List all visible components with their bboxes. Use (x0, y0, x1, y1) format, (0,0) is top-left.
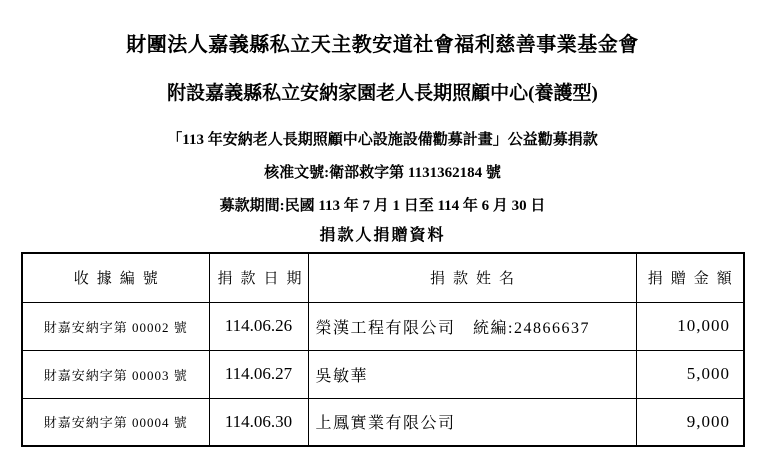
donation-date-cell: 114.06.26 (209, 302, 308, 350)
col-header-donation-date: 捐款日期 (209, 253, 308, 302)
receipt-no-cell: 財嘉安納字第 00004 號 (22, 398, 209, 446)
center-title: 附設嘉義縣私立安納家園老人長期照顧中心(養護型) (0, 83, 765, 105)
donation-amount-cell: 5,000 (636, 350, 744, 398)
receipt-no-cell: 財嘉安納字第 00003 號 (22, 350, 209, 398)
document-header: 財團法人嘉義縣私立天主教安道社會福利慈善事業基金會 附設嘉義縣私立安納家園老人長… (0, 0, 765, 246)
org-title: 財團法人嘉義縣私立天主教安道社會福利慈善事業基金會 (0, 0, 765, 57)
donation-amount-cell: 9,000 (636, 398, 744, 446)
header-row: 收據編號 捐款日期 捐款姓名 捐贈金額 (22, 253, 744, 302)
col-header-receipt-no: 收據編號 (22, 253, 209, 302)
document-page: 財團法人嘉義縣私立天主教安道社會福利慈善事業基金會 附設嘉義縣私立安納家園老人長… (0, 0, 765, 474)
col-header-donor-name: 捐款姓名 (308, 253, 636, 302)
donor-name-cell: 吳敏華 (308, 350, 636, 398)
campaign-title: 「113 年安納老人長期照顧中心設施設備勸募計畫」公益勸募捐款 (0, 130, 765, 150)
donor-name-cell: 上鳳實業有限公司 (308, 398, 636, 446)
donation-table-header: 收據編號 捐款日期 捐款姓名 捐贈金額 (22, 253, 744, 302)
donation-amount-cell: 10,000 (636, 302, 744, 350)
table-row: 財嘉安納字第 00003 號 114.06.27 吳敏華 5,000 (22, 350, 744, 398)
donation-date-cell: 114.06.30 (209, 398, 308, 446)
table-caption: 捐款人捐贈資料 (0, 226, 765, 246)
fundraising-period: 募款期間:民國 113 年 7 月 1 日至 114 年 6 月 30 日 (0, 196, 765, 216)
approval-number: 核准文號:衛部救字第 1131362184 號 (0, 163, 765, 183)
col-header-donation-amount: 捐贈金額 (636, 253, 744, 302)
receipt-no-cell: 財嘉安納字第 00002 號 (22, 302, 209, 350)
donor-name-cell: 榮漢工程有限公司 統編:24866637 (308, 302, 636, 350)
table-row: 財嘉安納字第 00004 號 114.06.30 上鳳實業有限公司 9,000 (22, 398, 744, 446)
donation-table-body: 財嘉安納字第 00002 號 114.06.26 榮漢工程有限公司 統編:248… (22, 302, 744, 446)
table-row: 財嘉安納字第 00002 號 114.06.26 榮漢工程有限公司 統編:248… (22, 302, 744, 350)
donation-table: 收據編號 捐款日期 捐款姓名 捐贈金額 財嘉安納字第 00002 號 114.0… (21, 252, 745, 447)
donation-date-cell: 114.06.27 (209, 350, 308, 398)
